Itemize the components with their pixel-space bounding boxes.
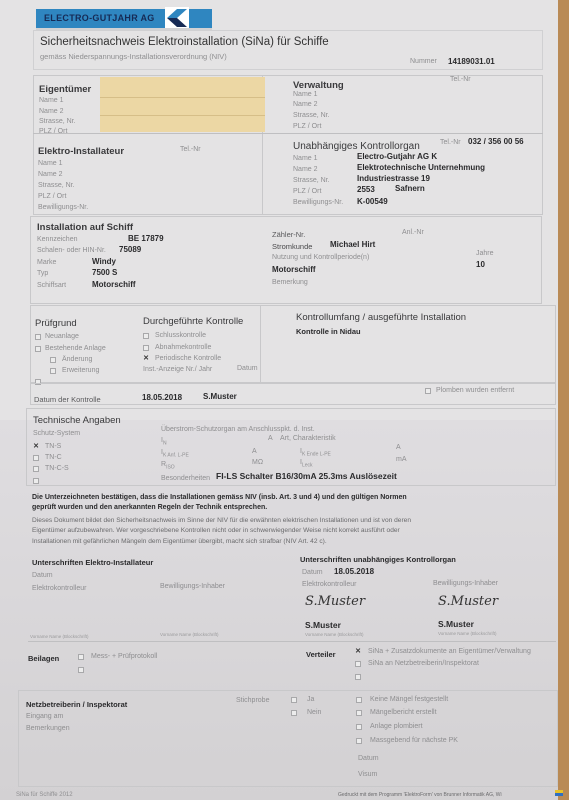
sign-installateur-heading: Unterschriften Elektro-Installateur <box>32 558 153 567</box>
technik-heading: Technische Angaben <box>33 415 121 426</box>
kontrolle-date: 18.05.2018 <box>142 393 182 402</box>
checkbox-aenderung[interactable] <box>50 357 56 363</box>
sign-kontrollorgan-heading: Unterschriften unabhängiges Kontrollorga… <box>300 555 456 564</box>
brand-icon <box>555 790 563 796</box>
kontrollorgan-phone: 032 / 356 00 56 <box>468 137 524 146</box>
installation-heading: Installation auf Schiff <box>37 222 133 233</box>
beilagen-heading: Beilagen <box>28 654 59 663</box>
signature-kontrolleur: S.Muster <box>305 594 365 609</box>
checkbox-maengelbericht[interactable] <box>356 710 362 716</box>
checkbox-schutz-other[interactable] <box>33 478 39 484</box>
checkbox-neuanlage[interactable] <box>35 334 41 340</box>
checkbox-stichprobe-nein[interactable] <box>291 710 297 716</box>
netz-heading: Netzbetreiberin / Inspektorat <box>26 700 127 709</box>
sign-date: 18.05.2018 <box>334 567 374 576</box>
signature-inhaber: S.Muster <box>438 594 498 609</box>
checkbox-tn-c-s[interactable] <box>33 466 39 472</box>
checkbox-verteiler-netz[interactable] <box>355 661 361 667</box>
checkbox-verteiler-eigentuemer[interactable]: ✕ <box>355 649 361 655</box>
checkbox-anlage-plombiert[interactable] <box>356 724 362 730</box>
document-number: 14189031.01 <box>448 57 495 66</box>
checkbox-plomben[interactable] <box>425 388 431 394</box>
footer-left: SiNa für Schiffe 2012 <box>16 792 73 798</box>
page-subtitle: gemäss Niederspannungs-Installationsvero… <box>40 52 227 61</box>
pruefgrund-heading: Prüfgrund <box>35 318 77 329</box>
checkbox-tn-c[interactable] <box>33 455 39 461</box>
kontrolle-name: S.Muster <box>203 392 237 401</box>
document-page: ELECTRO-GUTJAHR AG Sicherheitsnachweis E… <box>0 0 558 800</box>
umfang-heading: Kontrollumfang / ausgeführte Installatio… <box>296 312 466 323</box>
checkbox-verteiler-other[interactable] <box>355 674 361 680</box>
checkbox-keine-maengel[interactable] <box>356 697 362 703</box>
sticky-note-redaction <box>100 77 265 132</box>
installateur-heading: Elektro-Installateur <box>38 146 124 157</box>
footer-right: Gedruckt mit dem Programm 'ElektroForm' … <box>338 792 502 798</box>
verteiler-heading: Verteiler <box>306 650 336 659</box>
eigentuemer-heading: Eigentümer <box>39 84 91 95</box>
checkbox-bestehende-anlage[interactable] <box>35 346 41 352</box>
page-title: Sicherheitsnachweis Elektroinstallation … <box>40 36 329 48</box>
checkbox-schlusskontrolle[interactable] <box>143 333 149 339</box>
kontrollorgan-heading: Unabhängiges Kontrollorgan <box>293 141 420 152</box>
checkbox-messprotokoll[interactable] <box>78 654 84 660</box>
besonderheiten-value: FI-LS Schalter B16/30mA 25.3ms Auslöseze… <box>216 471 397 481</box>
checkbox-erweiterung[interactable] <box>50 368 56 374</box>
checkbox-periodische-kontrolle[interactable]: ✕ <box>143 356 149 362</box>
umfang-value: Kontrolle in Nidau <box>296 327 361 336</box>
kontrolle-heading: Durchgeführte Kontrolle <box>143 316 243 327</box>
verwaltung-heading: Verwaltung <box>293 80 344 91</box>
checkbox-abnahmekontrolle[interactable] <box>143 345 149 351</box>
checkbox-tn-s[interactable]: ✕ <box>33 444 39 450</box>
logo-mark-icon <box>165 7 189 29</box>
checkbox-stichprobe-ja[interactable] <box>291 697 297 703</box>
checkbox-massgebend[interactable] <box>356 738 362 744</box>
checkbox-beilagen-other[interactable] <box>78 667 84 673</box>
